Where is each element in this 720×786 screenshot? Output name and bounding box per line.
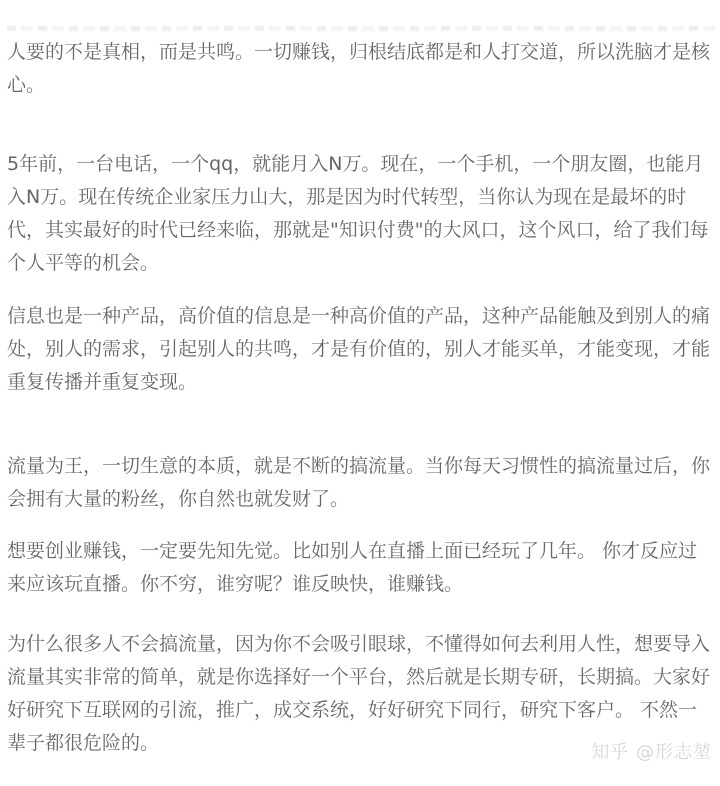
paragraph-4: 流量为王，一切生意的本质，就是不断的搞流量。当你每天习惯性的搞流量过后，你会拥有… [7, 450, 714, 516]
zhihu-watermark: 知乎 @形志堃 [591, 741, 712, 765]
paragraph-5: 想要创业赚钱，一定要先知先觉。比如别人在直播上面已经玩了几年。 你才反应过 来应… [7, 535, 714, 601]
paragraph-3: 信息也是一种产品，高价值的信息是一种高价值的产品，这种产品能触及到别人的痛处，别… [7, 300, 714, 399]
article-body: 人要的不是真相，而是共鸣。一切赚钱，归根结底都是和人打交道，所以洗脑才是核心。 … [7, 0, 714, 760]
paragraph-1: 人要的不是真相，而是共鸣。一切赚钱，归根结底都是和人打交道，所以洗脑才是核心。 [7, 36, 714, 102]
screenshot-page: { "page": { "background": "#ffffff", "te… [0, 0, 720, 786]
paragraph-2: 5年前，一台电话，一个qq，就能月入N万。现在，一个手机，一个朋友圈，也能月入N… [7, 148, 714, 280]
